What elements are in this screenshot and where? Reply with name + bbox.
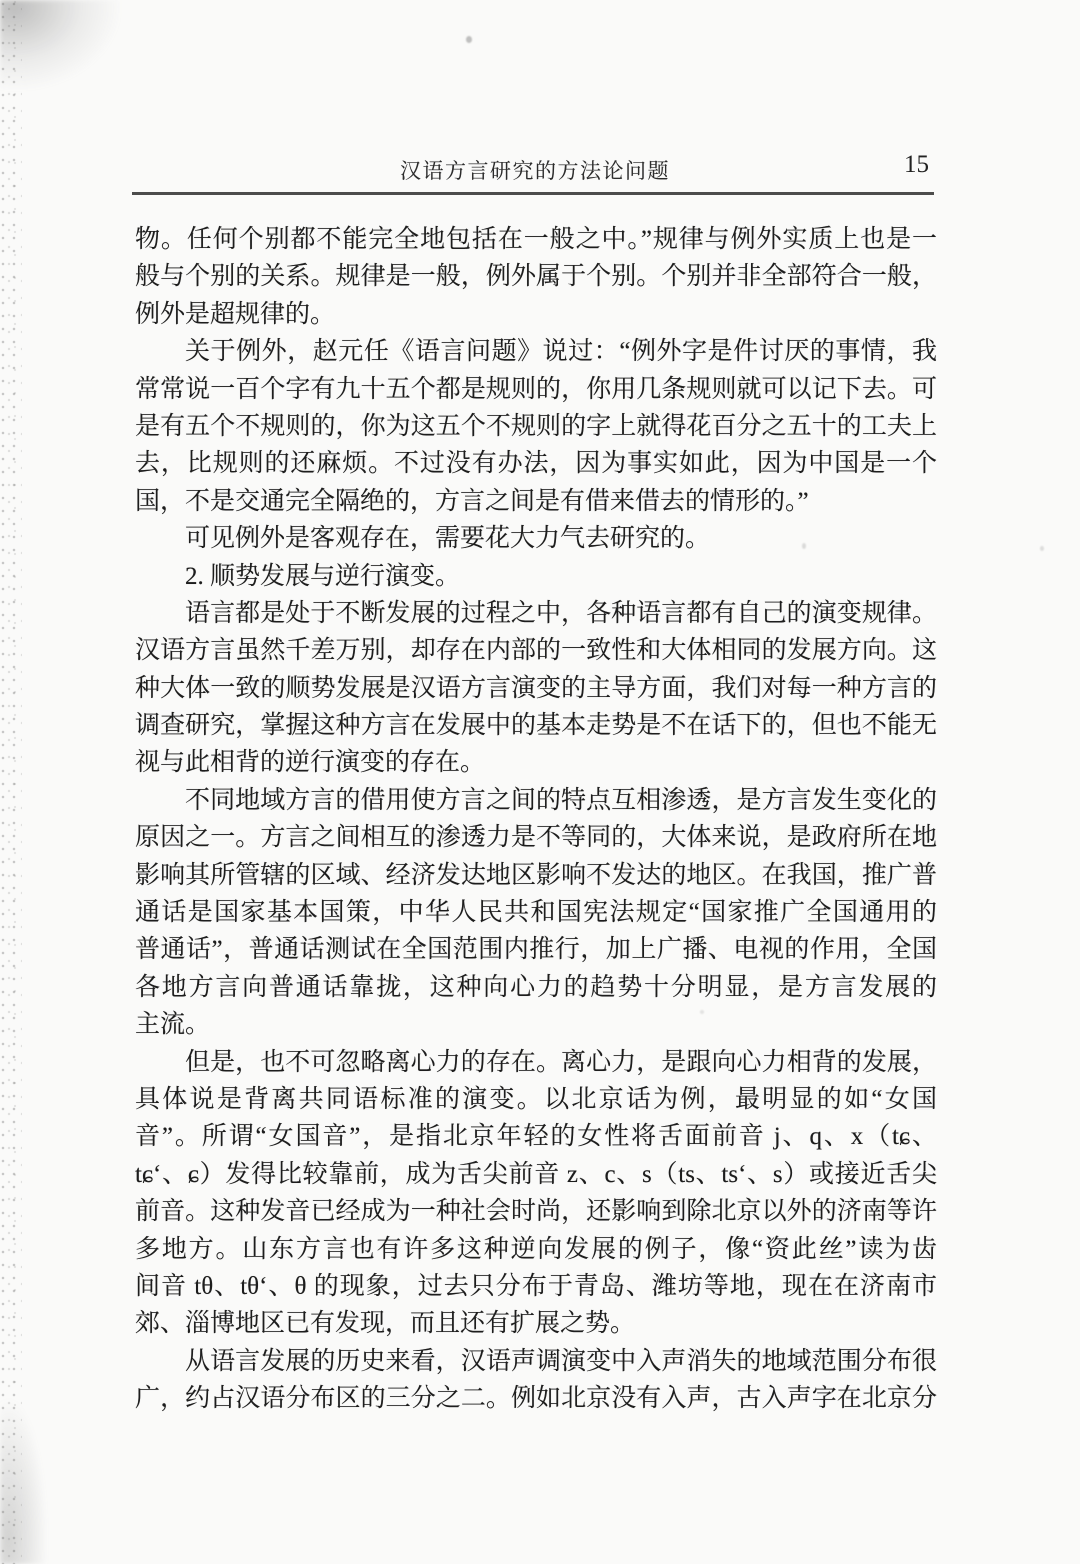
body-text-line: 物。任何个别都不能完全地包括在一般之中。”规律与例外实质上也是一	[135, 221, 937, 258]
body-text-line: 常常说一百个字有九十五个都是规则的，你用几条规则就可以记下去。可	[135, 371, 937, 408]
body-text-line: 原因之一。方言之间相互的渗透力是不等同的，大体来说，是政府所在地	[135, 819, 937, 856]
header-rule	[132, 192, 934, 195]
paragraph: 从语言发展的历史来看，汉语声调演变中入声消失的地域范围分布很广，约占汉语分布区的…	[135, 1343, 937, 1418]
body-text-line: 各地方言向普通话靠拢，这种向心力的趋势十分明显，是方言发展的	[135, 969, 937, 1006]
body-text-line: 前音。这种发音已经成为一种社会时尚，还影响到除北京以外的济南等许	[135, 1193, 937, 1230]
scan-smudge-bottom-left	[0, 1396, 48, 1564]
body-text-line: 主流。	[135, 1006, 937, 1043]
body-text-line: 影响其所管辖的区域、经济发达地区影响不发达的地区。在我国，推广普	[135, 857, 937, 894]
running-title: 汉语方言研究的方法论问题	[135, 155, 935, 185]
body-text-line: 从语言发展的历史来看，汉语声调演变中入声消失的地域范围分布很	[135, 1343, 937, 1380]
body-text-line: 不同地域方言的借用使方言之间的特点互相渗透，是方言发生变化的	[135, 782, 937, 819]
body-text-line: 但是，也不可忽略离心力的存在。离心力，是跟向心力相背的发展，	[135, 1044, 937, 1081]
body-text-line: 郊、淄博地区已有发现，而且还有扩展之势。	[135, 1305, 937, 1342]
body-text-line: tɕ‘、ɕ）发得比较靠前，成为舌尖前音 z、c、s（ts、ts‘、s）或接近舌尖	[135, 1156, 937, 1193]
paragraph: 但是，也不可忽略离心力的存在。离心力，是跟向心力相背的发展，具体说是背离共同语标…	[135, 1044, 937, 1343]
paragraph: 关于例外，赵元任《语言问题》说过：“例外字是件讨厌的事情，我常常说一百个字有九十…	[135, 333, 937, 520]
body-text-line: 通话是国家基本国策，中华人民共和国宪法规定“国家推广全国通用的	[135, 894, 937, 931]
scan-smudge-top-left	[0, 0, 120, 90]
body-text-line: 2. 顺势发展与逆行演变。	[135, 558, 937, 595]
paragraph: 2. 顺势发展与逆行演变。	[135, 558, 937, 595]
paragraph: 物。任何个别都不能完全地包括在一般之中。”规律与例外实质上也是一般与个别的关系。…	[135, 221, 937, 333]
scan-speck	[1040, 546, 1044, 551]
scanned-page: 汉语方言研究的方法论问题 15 物。任何个别都不能完全地包括在一般之中。”规律与…	[0, 0, 1080, 1564]
page-body: 物。任何个别都不能完全地包括在一般之中。”规律与例外实质上也是一般与个别的关系。…	[135, 221, 937, 1418]
body-text-line: 汉语方言虽然千差万别，却存在内部的一致性和大体相同的发展方向。这	[135, 632, 937, 669]
body-text-line: 语言都是处于不断发展的过程之中，各种语言都有自己的演变规律。	[135, 595, 937, 632]
paragraph: 不同地域方言的借用使方言之间的特点互相渗透，是方言发生变化的原因之一。方言之间相…	[135, 782, 937, 1044]
body-text-line: 间音 tθ、tθ‘、θ 的现象，过去只分布于青岛、潍坊等地，现在在济南市	[135, 1268, 937, 1305]
scan-edge-noise	[0, 0, 22, 1564]
page-header: 汉语方言研究的方法论问题 15	[135, 150, 935, 190]
body-text-line: 普通话”，普通话测试在全国范围内推行，加上广播、电视的作用，全国	[135, 931, 937, 968]
paragraph: 可见例外是客观存在，需要花大力气去研究的。	[135, 520, 937, 557]
body-text-line: 国，不是交通完全隔绝的，方言之间是有借来借去的情形的。”	[135, 483, 937, 520]
body-text-line: 去，比规则的还麻烦。不过没有办法，因为事实如此，因为中国是一个	[135, 445, 937, 482]
body-text-line: 广，约占汉语分布区的三分之二。例如北京没有入声，古入声字在北京分	[135, 1380, 937, 1417]
body-text-line: 多地方。山东方言也有许多这种逆向发展的例子，像“资此丝”读为齿	[135, 1231, 937, 1268]
body-text-line: 可见例外是客观存在，需要花大力气去研究的。	[135, 520, 937, 557]
body-text-line: 是有五个不规则的，你为这五个不规则的字上就得花百分之五十的工夫上	[135, 408, 937, 445]
body-text-line: 种大体一致的顺势发展是汉语方言演变的主导方面，我们对每一种方言的	[135, 670, 937, 707]
body-text-line: 音”。所谓“女国音”，是指北京年轻的女性将舌面前音 j、q、x（tɕ、	[135, 1118, 937, 1155]
page-number: 15	[904, 151, 929, 179]
body-text-line: 调查研究，掌握这种方言在发展中的基本走势是不在话下的，但也不能无	[135, 707, 937, 744]
body-text-line: 关于例外，赵元任《语言问题》说过：“例外字是件讨厌的事情，我	[135, 333, 937, 370]
paragraph: 语言都是处于不断发展的过程之中，各种语言都有自己的演变规律。汉语方言虽然千差万别…	[135, 595, 937, 782]
scan-speck	[466, 36, 472, 43]
body-text-line: 般与个别的关系。规律是一般，例外属于个别。个别并非全部符合一般，	[135, 258, 937, 295]
body-text-line: 例外是超规律的。	[135, 296, 937, 333]
body-text-line: 具体说是背离共同语标准的演变。以北京话为例，最明显的如“女国	[135, 1081, 937, 1118]
body-text-line: 视与此相背的逆行演变的存在。	[135, 744, 937, 781]
